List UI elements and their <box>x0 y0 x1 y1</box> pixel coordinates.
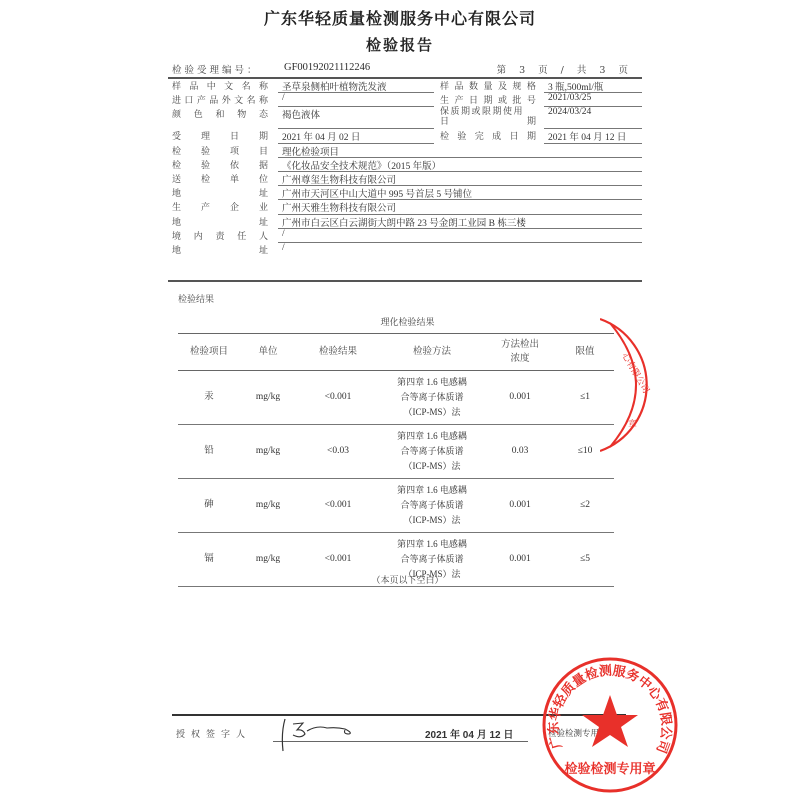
info-bottom-rule <box>168 280 642 282</box>
test-basis: 《化妆品安全技术规范》（2015 年版） <box>282 158 441 172</box>
cell-result: <0.001 <box>296 371 380 425</box>
cell-detection: 0.001 <box>484 371 556 425</box>
svg-text:检验检测专用章: 检验检测专用章 <box>564 761 655 777</box>
sample-qty-label: 样品数量及规格 <box>440 79 536 92</box>
info-row: 检验项目 理化检验项目 <box>172 144 642 158</box>
production-date-batch: 2021/03/25 <box>548 93 591 103</box>
page-info: 第 3 页 / 共 3 页 <box>497 62 630 76</box>
import-name-label: 进口产品外文名称 <box>172 93 268 106</box>
info-row: 境内责任人 / <box>172 229 642 243</box>
results-section-label: 检验结果 <box>178 292 214 305</box>
results-table-caption: 理化检验结果 <box>0 315 800 328</box>
completion-date: 2021 年 04 月 12 日 <box>548 129 626 143</box>
domestic-address: / <box>282 243 285 253</box>
sample-cn-name: 圣草泉侧柏叶植物洗发液 <box>282 79 387 93</box>
domestic-address-label: 地址 <box>172 243 268 256</box>
acceptance-number: GF00192021112246 <box>284 62 370 73</box>
star-icon <box>582 695 638 747</box>
domestic-responsible-label: 境内责任人 <box>172 229 268 242</box>
table-row: 汞 mg/kg <0.001 第四章 1.6 电感耦合等离子体质谱（ICP-MS… <box>178 371 614 425</box>
cell-detection: 0.03 <box>484 425 556 479</box>
sample-info-block: 样品中文名称 圣草泉侧柏叶植物洗发液 样品数量及规格 3 瓶,500ml/瓶 进… <box>172 79 642 257</box>
results-header-row: 检验项目 单位 检验结果 检验方法 方法检出浓度 限值 <box>178 334 614 371</box>
official-seal-stamp: 广东华轻质量检测服务中心有限公司 检验检测专用章 <box>540 655 680 795</box>
info-row: 颜色和物态 褐色液体 保质期或限期使用 日期 2024/03/24 <box>172 107 642 129</box>
import-foreign-name: / <box>282 93 285 103</box>
submitter-address: 广州市天河区中山大道中 995 号首层 5 号铺位 <box>282 186 472 200</box>
info-row: 样品中文名称 圣草泉侧柏叶植物洗发液 样品数量及规格 3 瓶,500ml/瓶 <box>172 79 642 93</box>
cell-method: 第四章 1.6 电感耦合等离子体质谱（ICP-MS）法 <box>380 371 484 425</box>
cell-unit: mg/kg <box>240 371 296 425</box>
info-row: 受理日期 2021 年 04 月 02 日 检验完成日期 2021 年 04 月… <box>172 129 642 143</box>
cell-limit: ≤2 <box>556 479 614 533</box>
results-table: 检验项目 单位 检验结果 检验方法 方法检出浓度 限值 汞 mg/kg <0.0… <box>178 333 614 587</box>
manufacturer-address-label: 地址 <box>172 215 268 228</box>
color-state: 褐色液体 <box>282 107 320 121</box>
completion-date-label: 检验完成日期 <box>440 129 536 142</box>
company-title: 广东华轻质量检测服务中心有限公司 <box>0 6 800 29</box>
cell-unit: mg/kg <box>240 479 296 533</box>
received-date-label: 受理日期 <box>172 129 268 142</box>
col-header-unit: 单位 <box>240 334 296 371</box>
info-row: 检验依据 《化妆品安全技术规范》（2015 年版） <box>172 158 642 172</box>
sample-cn-name-label: 样品中文名称 <box>172 79 268 92</box>
col-header-item: 检验项目 <box>178 334 240 371</box>
cell-method: 第四章 1.6 电感耦合等离子体质谱（ICP-MS）法 <box>380 425 484 479</box>
report-title: 检验报告 <box>0 34 800 55</box>
svg-text:章: 章 <box>628 418 637 430</box>
edge-seal-stamp: 心有限公司 章 <box>600 315 660 455</box>
col-header-result: 检验结果 <box>296 334 380 371</box>
info-row: 地址 广州市天河区中山大道中 995 号首层 5 号铺位 <box>172 186 642 200</box>
authorized-signatory-label: 授权签字人 <box>176 727 251 740</box>
cell-unit: mg/kg <box>240 425 296 479</box>
manufacturer-label: 生产企业 <box>172 200 268 213</box>
cell-item: 汞 <box>178 371 240 425</box>
cell-method: 第四章 1.6 电感耦合等离子体质谱（ICP-MS）法 <box>380 479 484 533</box>
col-header-detection: 方法检出浓度 <box>484 334 556 371</box>
col-header-method: 检验方法 <box>380 334 484 371</box>
info-row: 进口产品外文名称 / 生产日期或批号 2021/03/25 <box>172 93 642 107</box>
cell-item: 砷 <box>178 479 240 533</box>
info-row: 送检单位 广州尊玺生物科技有限公司 <box>172 172 642 186</box>
production-date-label: 生产日期或批号 <box>440 93 536 106</box>
table-row: 砷 mg/kg <0.001 第四章 1.6 电感耦合等离子体质谱（ICP-MS… <box>178 479 614 533</box>
shelf-life-date: 2024/03/24 <box>548 107 591 117</box>
color-state-label: 颜色和物态 <box>172 107 268 120</box>
submitter-address-label: 地址 <box>172 186 268 199</box>
signature-date: 2021 年 04 月 12 日 <box>425 726 513 741</box>
shelf-life-label: 保质期或限期使用 日期 <box>440 107 536 127</box>
signature-scribble <box>281 715 371 755</box>
info-row: 地址 广州市白云区白云湖街大朗中路 23 号金朗工业园 B 栋三楼 <box>172 215 642 229</box>
info-row: 生产企业 广州天雅生物科技有限公司 <box>172 200 642 214</box>
test-item: 理化检验项目 <box>282 144 339 158</box>
acceptance-number-label: 检验受理编号： <box>172 62 260 76</box>
cell-detection: 0.001 <box>484 479 556 533</box>
manufacturer: 广州天雅生物科技有限公司 <box>282 200 396 214</box>
info-row: 地址 / <box>172 243 642 257</box>
blank-below-note: （本页以下空白） <box>0 573 800 586</box>
received-date: 2021 年 04 月 02 日 <box>282 129 360 143</box>
manufacturer-address: 广州市白云区白云湖街大朗中路 23 号金朗工业园 B 栋三楼 <box>282 215 526 229</box>
cell-result: <0.001 <box>296 479 380 533</box>
cell-result: <0.03 <box>296 425 380 479</box>
acceptance-row: 检验受理编号： GF00192021112246 第 3 页 / 共 3 页 <box>172 62 642 76</box>
domestic-responsible: / <box>282 229 285 239</box>
sample-qty-spec: 3 瓶,500ml/瓶 <box>548 79 603 93</box>
submitter: 广州尊玺生物科技有限公司 <box>282 172 396 186</box>
submitter-label: 送检单位 <box>172 172 268 185</box>
test-basis-label: 检验依据 <box>172 158 268 171</box>
test-item-label: 检验项目 <box>172 144 268 157</box>
cell-item: 铅 <box>178 425 240 479</box>
table-row: 铅 mg/kg <0.03 第四章 1.6 电感耦合等离子体质谱（ICP-MS）… <box>178 425 614 479</box>
